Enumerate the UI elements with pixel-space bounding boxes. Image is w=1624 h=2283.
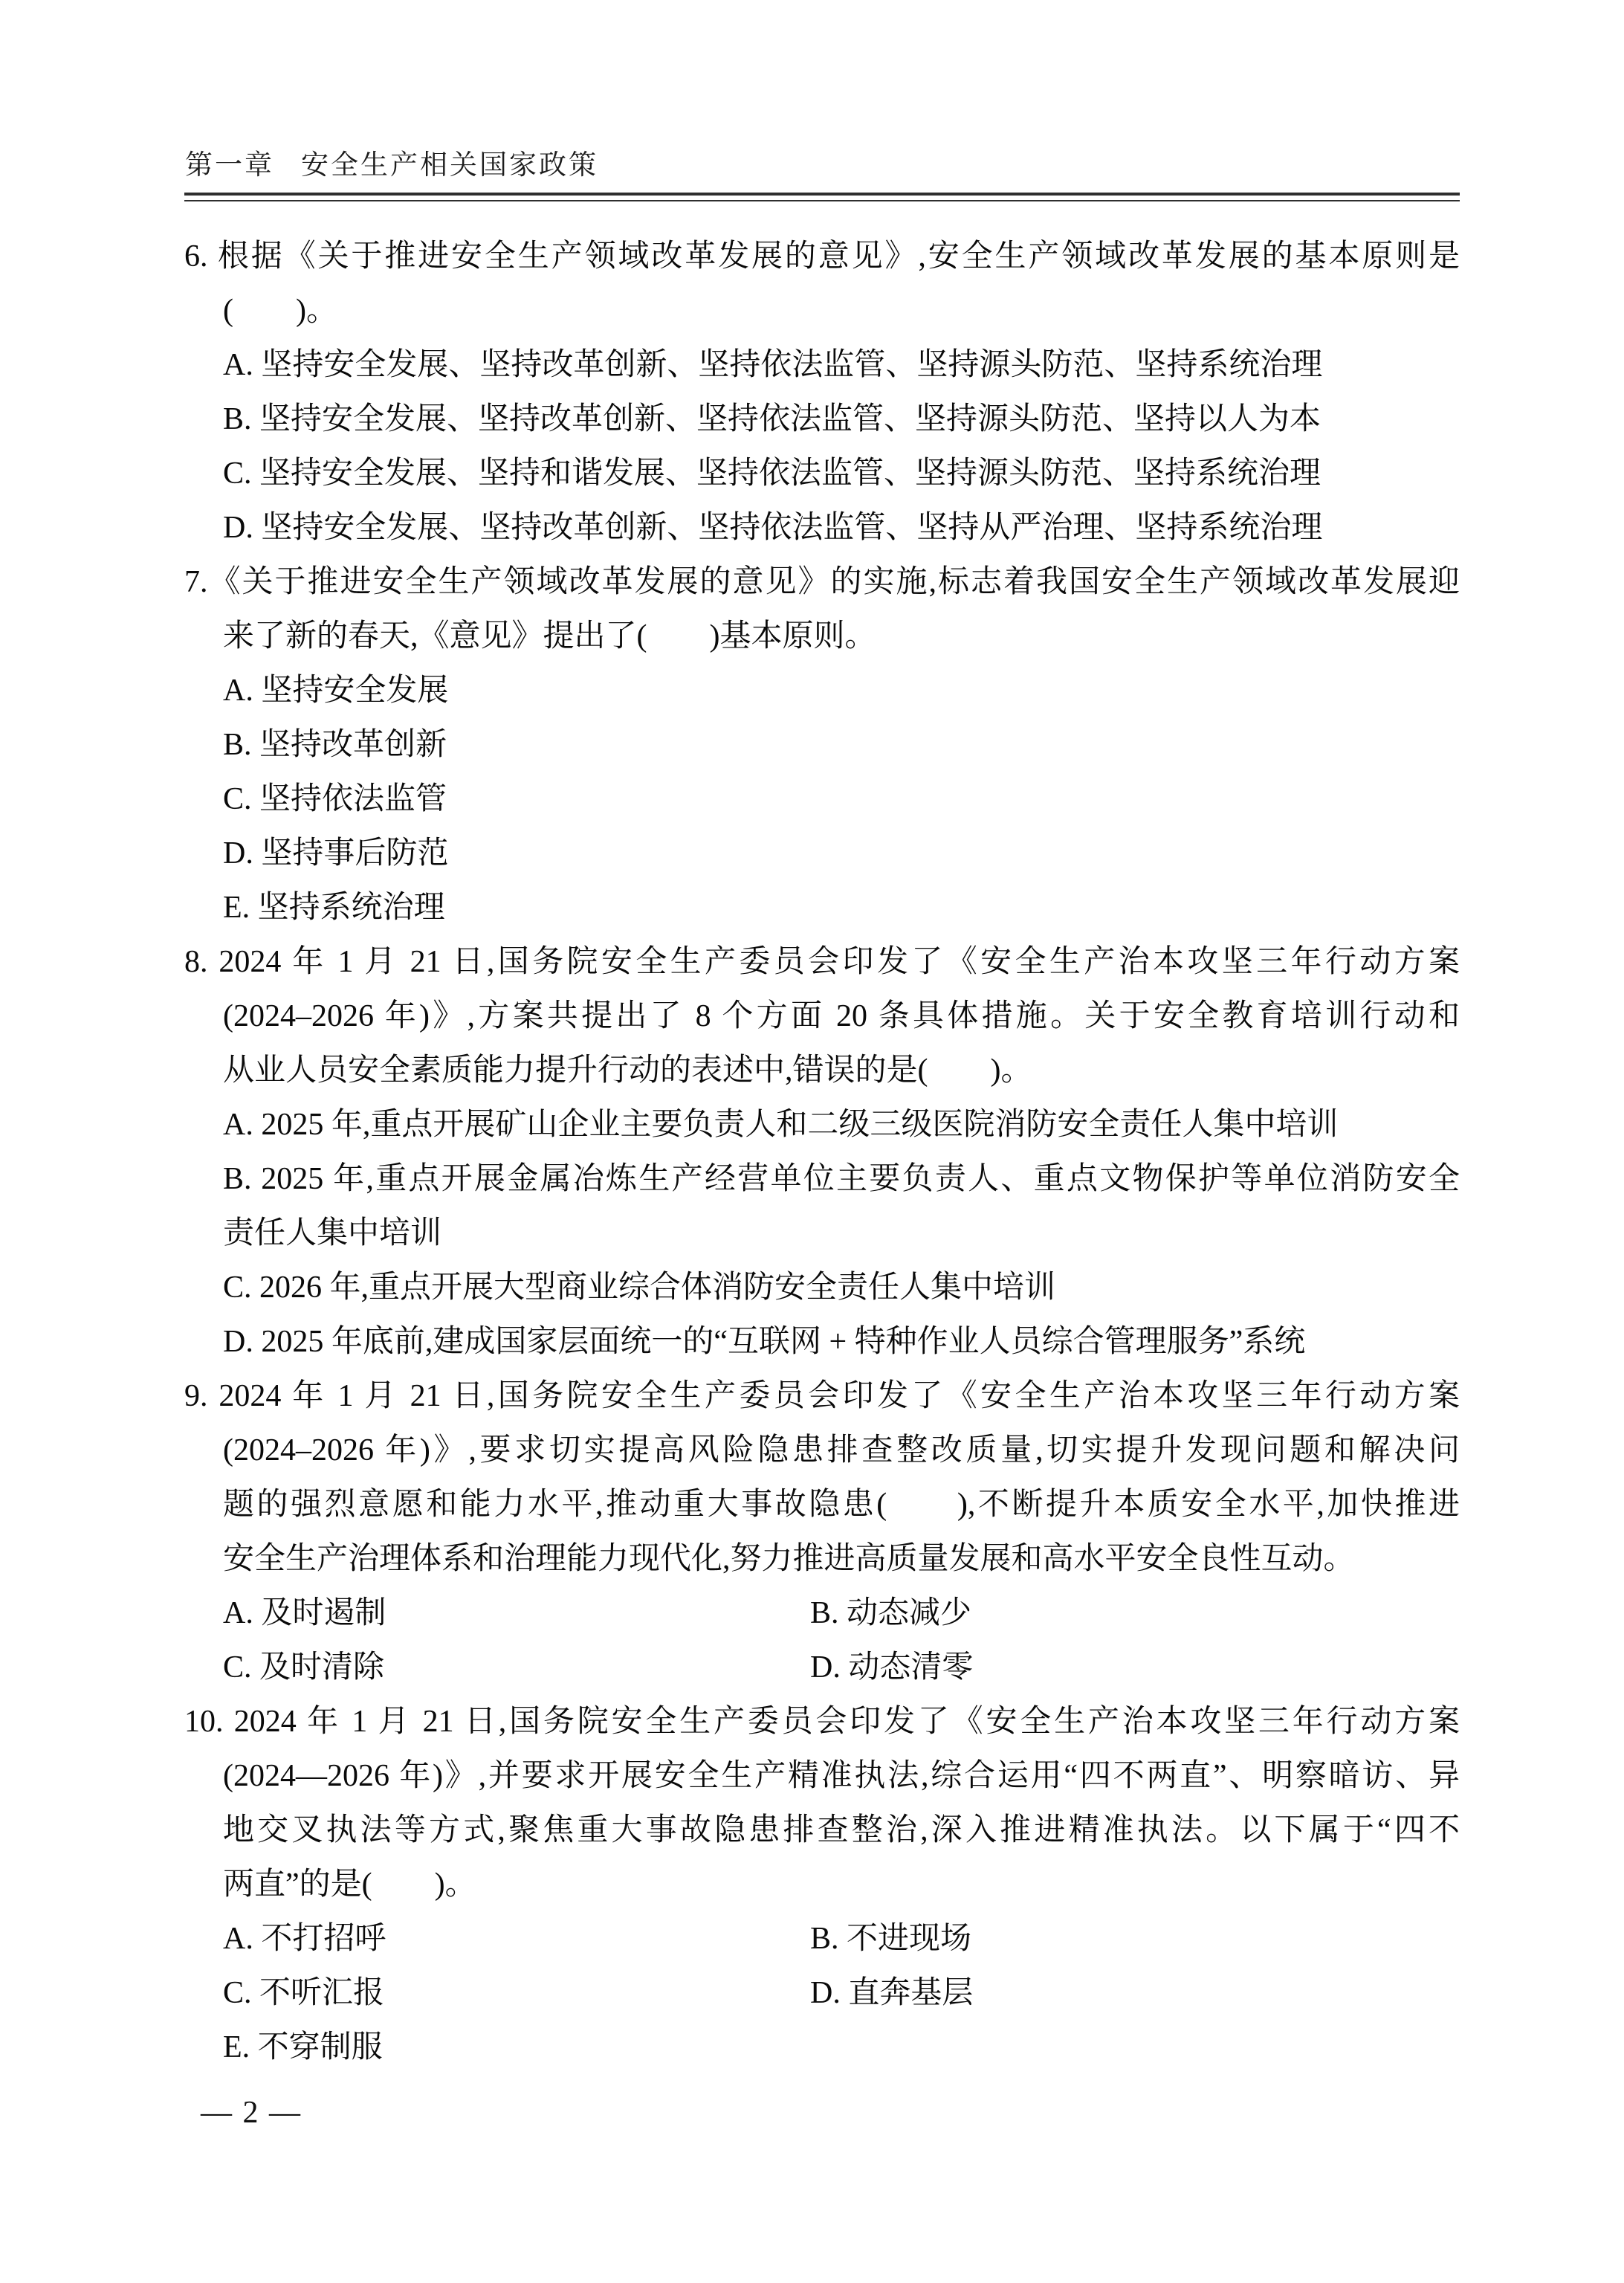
q10-option-c: C. 不听汇报 [223, 1966, 810, 2021]
q6-option-d: D. 坚持安全发展、坚持改革创新、坚持依法监管、坚持从严治理、坚持系统治理 [184, 501, 1460, 555]
q7-stem-line-1: 7.《关于推进安全生产领域改革发展的意见》的实施,标志着我国安全生产领域改革发展… [184, 555, 1460, 610]
q7-stem-line-2: 来了新的春天,《意见》提出了( )基本原则。 [184, 610, 1460, 664]
q8-stem-line-1: 8. 2024 年 1 月 21 日,国务院安全生产委员会印发了《安全生产治本攻… [184, 935, 1460, 989]
q8-option-b-line-1: B. 2025 年,重点开展金属冶炼生产经营单位主要负责人、重点文物保护等单位消… [184, 1152, 1460, 1207]
q10-options-row-ab: A. 不打招呼 B. 不进现场 [184, 1912, 1460, 1966]
question-list: 6. 根据《关于推进安全生产领域改革发展的意见》,安全生产领域改革发展的基本原则… [184, 230, 1460, 2075]
q9-options-row-cd: C. 及时清除 D. 动态清零 [184, 1641, 1460, 1695]
q10-option-e: E. 不穿制服 [184, 2021, 1460, 2075]
chapter-header: 第一章安全生产相关国家政策 [185, 149, 598, 181]
q10-option-d: D. 直奔基层 [810, 1966, 1460, 2021]
q9-options-row-ab: A. 及时遏制 B. 动态减少 [184, 1586, 1460, 1641]
q9-stem-line-2: (2024–2026 年)》,要求切实提高风险隐患排查整改质量,切实提升发现问题… [184, 1424, 1460, 1478]
q8-stem-line-3: 从业人员安全素质能力提升行动的表述中,错误的是( )。 [184, 1044, 1460, 1098]
q9-option-c: C. 及时清除 [223, 1641, 810, 1695]
q6-option-b: B. 坚持安全发展、坚持改革创新、坚持依法监管、坚持源头防范、坚持以人为本 [184, 393, 1460, 447]
q9-stem-line-4: 安全生产治理体系和治理能力现代化,努力推进高质量发展和高水平安全良性互动。 [184, 1532, 1460, 1586]
chapter-number: 第一章 [185, 149, 274, 180]
q7-option-a: A. 坚持安全发展 [184, 664, 1460, 718]
q6-option-c: C. 坚持安全发展、坚持和谐发展、坚持依法监管、坚持源头防范、坚持系统治理 [184, 447, 1460, 501]
q9-stem-line-1: 9. 2024 年 1 月 21 日,国务院安全生产委员会印发了《安全生产治本攻… [184, 1369, 1460, 1424]
page-number: — 2 — [201, 2090, 302, 2135]
q10-option-a: A. 不打招呼 [223, 1912, 810, 1966]
q7-option-b: B. 坚持改革创新 [184, 718, 1460, 772]
q10-option-b: B. 不进现场 [810, 1912, 1460, 1966]
q10-stem-line-4: 两直”的是( )。 [184, 1858, 1460, 1912]
q8-stem-line-2: (2024–2026 年)》,方案共提出了 8 个方面 20 条具体措施。关于安… [184, 989, 1460, 1044]
chapter-title: 安全生产相关国家政策 [301, 149, 598, 180]
q10-stem-line-1: 10. 2024 年 1 月 21 日,国务院安全生产委员会印发了《安全生产治本… [184, 1695, 1460, 1749]
q9-option-b: B. 动态减少 [810, 1586, 1460, 1641]
q8-option-a: A. 2025 年,重点开展矿山企业主要负责人和二级三级医院消防安全责任人集中培… [184, 1098, 1460, 1152]
q9-option-d: D. 动态清零 [810, 1641, 1460, 1695]
q6-stem-line-2: ( )。 [184, 284, 1460, 338]
q8-option-c: C. 2026 年,重点开展大型商业综合体消防安全责任人集中培训 [184, 1261, 1460, 1315]
q7-option-c: C. 坚持依法监管 [184, 772, 1460, 827]
q7-option-d: D. 坚持事后防范 [184, 827, 1460, 881]
q6-option-a: A. 坚持安全发展、坚持改革创新、坚持依法监管、坚持源头防范、坚持系统治理 [184, 338, 1460, 393]
q10-options-row-cd: C. 不听汇报 D. 直奔基层 [184, 1966, 1460, 2021]
book-page: 第一章安全生产相关国家政策 6. 根据《关于推进安全生产领域改革发展的意见》,安… [0, 0, 1624, 2283]
q8-option-b-line-2: 责任人集中培训 [184, 1207, 1460, 1261]
q8-option-d: D. 2025 年底前,建成国家层面统一的“互联网 + 特种作业人员综合管理服务… [184, 1315, 1460, 1369]
q10-stem-line-3: 地交叉执法等方式,聚焦重大事故隐患排查整治,深入推进精准执法。以下属于“四不 [184, 1804, 1460, 1858]
q7-option-e: E. 坚持系统治理 [184, 881, 1460, 935]
header-rule-top [184, 193, 1460, 196]
q9-stem-line-3: 题的强烈意愿和能力水平,推动重大事故隐患( ),不断提升本质安全水平,加快推进 [184, 1478, 1460, 1532]
q9-option-a: A. 及时遏制 [223, 1586, 810, 1641]
q10-stem-line-2: (2024—2026 年)》,并要求开展安全生产精准执法,综合运用“四不两直”、… [184, 1749, 1460, 1804]
header-rule-bottom [184, 200, 1460, 201]
q6-stem-line-1: 6. 根据《关于推进安全生产领域改革发展的意见》,安全生产领域改革发展的基本原则… [184, 230, 1460, 284]
